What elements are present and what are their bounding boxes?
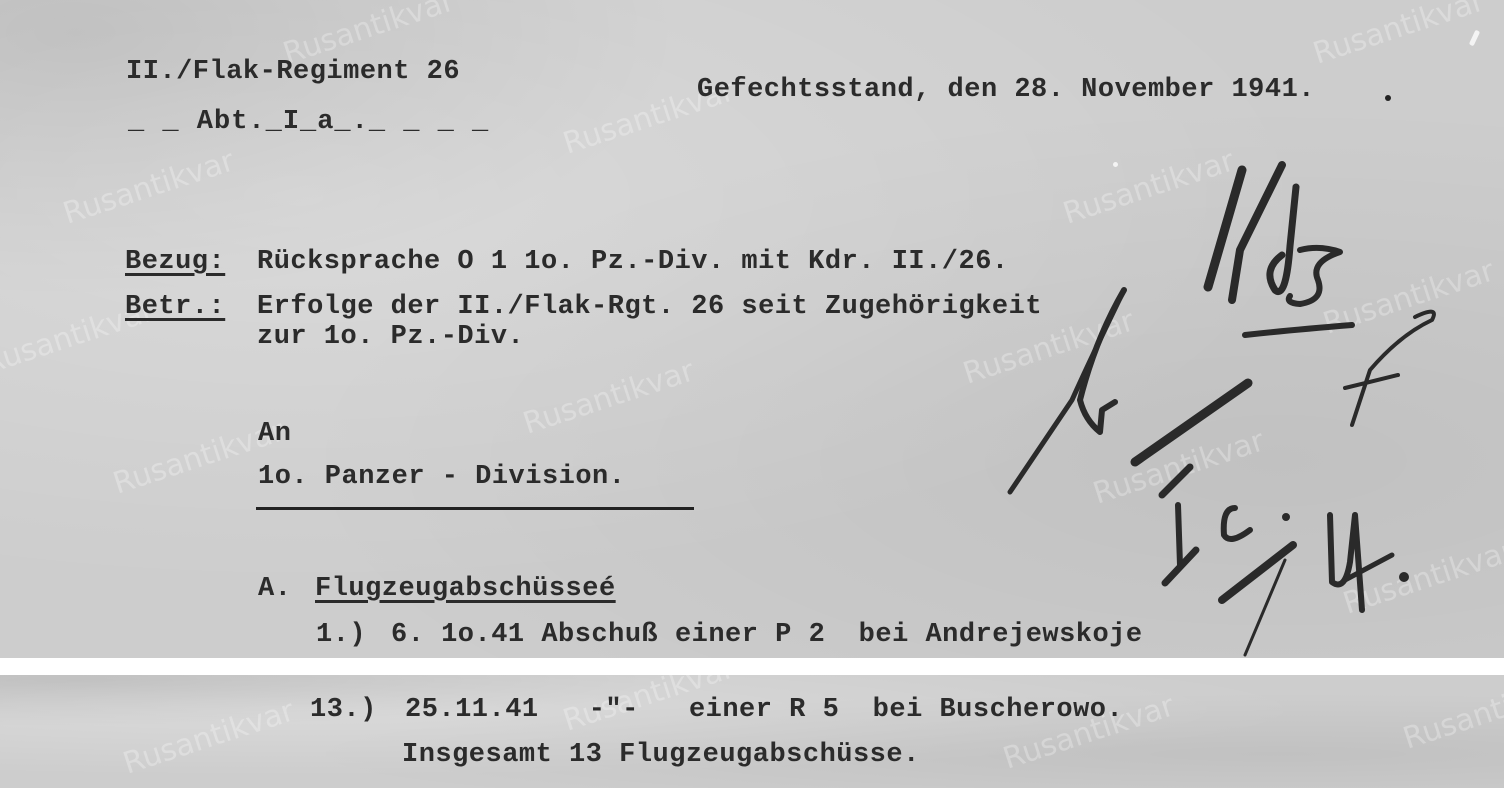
entry-number: 13.): [310, 697, 377, 724]
watermark: Rusantikvar: [1059, 143, 1239, 231]
subject-line-1: Erfolge der II./Flak-Rgt. 26 seit Zugehö…: [257, 294, 1042, 321]
entry-number: 1.): [316, 622, 366, 649]
subject-label: Betr.:: [125, 294, 225, 321]
watermark: Rusantikvar: [1339, 533, 1504, 621]
watermark: Rusantikvar: [1399, 675, 1504, 757]
document-page-bottom: Rusantikvar Rusantikvar Rusantikvar Rusa…: [0, 675, 1504, 788]
department-line: _ _ Abt._I_a_._ _ _ _: [128, 109, 489, 136]
watermark: Rusantikvar: [119, 693, 299, 781]
section-letter: A.: [258, 576, 291, 603]
recipient-name: 1o. Panzer - Division.: [258, 464, 625, 491]
watermark: Rusantikvar: [519, 353, 699, 441]
page-separator: [0, 658, 1504, 675]
place-date: Gefechtsstand, den 28. November 1941.: [697, 77, 1315, 104]
watermark: Rusantikvar: [1309, 0, 1489, 72]
recipient-underline: [256, 507, 694, 510]
unit-designation: II./Flak-Regiment 26: [126, 59, 460, 86]
watermark: Rusantikvar: [1089, 423, 1269, 511]
reference-text: Rücksprache O 1 1o. Pz.-Div. mit Kdr. II…: [257, 249, 1009, 276]
scratch: [1469, 30, 1480, 47]
watermark: Rusantikvar: [1319, 253, 1499, 341]
section-total: Insgesamt 13 Flugzeugabschüsse.: [402, 742, 920, 769]
section-heading: Flugzeugabschüsseé: [315, 576, 616, 603]
entry-text: 6. 1o.41 Abschuß einer P 2 bei Andrejews…: [391, 622, 1143, 649]
reference-label: Bezug:: [125, 249, 225, 276]
document-page-top: Rusantikvar Rusantikvar Rusantikvar Rusa…: [0, 0, 1504, 658]
speck: [1113, 162, 1118, 167]
subject-line-2: zur 1o. Pz.-Div.: [257, 324, 524, 351]
entry-text: 25.11.41 -"- einer R 5 bei Buscherowo.: [405, 697, 1123, 724]
watermark: Rusantikvar: [59, 143, 239, 231]
speck: [1385, 95, 1391, 101]
recipient-prefix: An: [258, 421, 291, 448]
